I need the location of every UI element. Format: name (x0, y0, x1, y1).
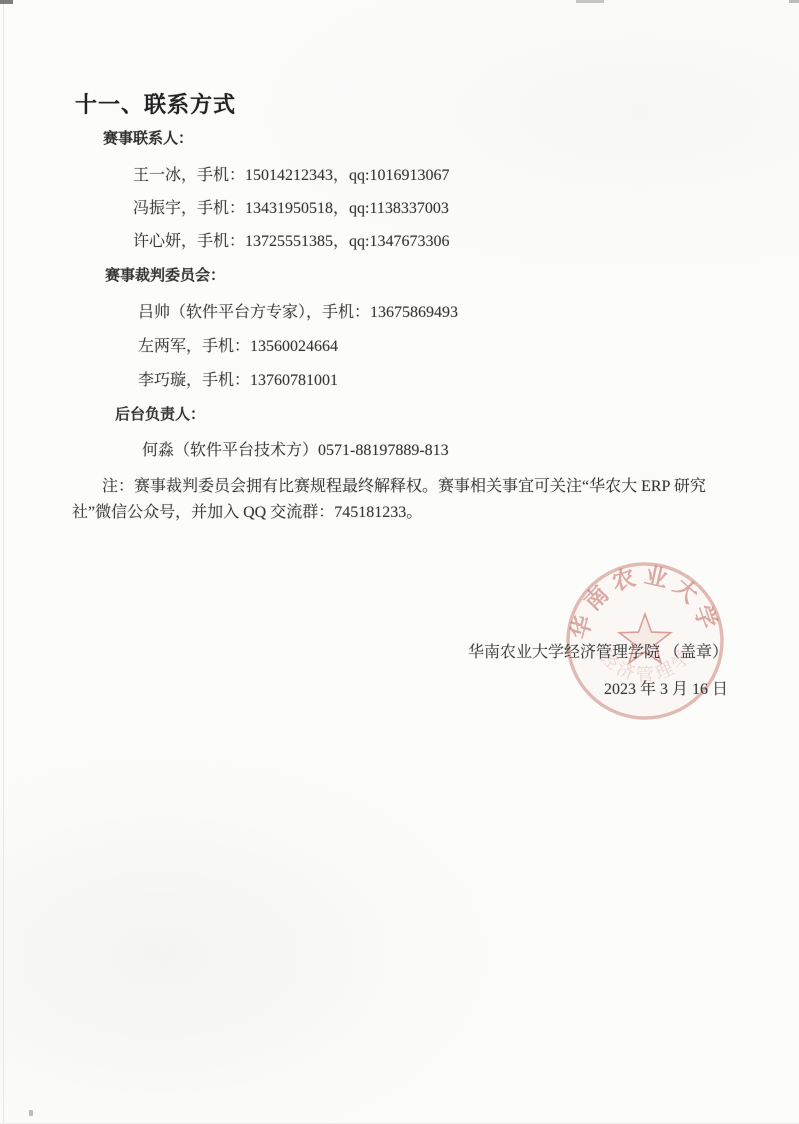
backend-line: 何淼（软件平台技术方）0571-88197889-813 (142, 441, 449, 461)
contact-line: 冯振宇，手机：13431950518，qq:1138337003 (133, 199, 449, 219)
contact-line: 王一冰，手机：15014212343，qq:1016913067 (133, 166, 449, 186)
note-line: 注：赛事裁判委员会拥有比赛规程最终解释权。赛事相关事宜可关注“华农大 ERP 研… (102, 477, 706, 497)
contacts-label: 赛事联系人： (103, 129, 193, 149)
section-heading: 十一、联系方式 (75, 88, 236, 119)
note-line: 社”微信公众号，并加入 QQ 交流群：745181233。 (72, 503, 422, 523)
signature-org: 华南农业大学经济管理学院 （盖章） (468, 639, 728, 662)
referee-line: 左两军，手机：13560024664 (138, 337, 338, 357)
svg-text:华南农业大学: 华南农业大学 (567, 563, 724, 642)
referee-line: 吕帅（软件平台方专家），手机：13675869493 (138, 303, 458, 323)
signature-date: 2023 年 3 月 16 日 (604, 676, 728, 699)
scan-edge-line (3, 0, 4, 1124)
scan-artifact (576, 0, 604, 3)
referee-label: 赛事裁判委员会： (105, 266, 225, 286)
scan-artifact (789, 0, 799, 3)
scan-artifact (0, 0, 13, 4)
contact-line: 许心妍，手机：13725551385，qq:1347673306 (133, 232, 449, 252)
seal-arc-text-bottom: 经济管理学院 (545, 541, 697, 685)
svg-text:经济管理学院: 经济管理学院 (545, 541, 697, 685)
scan-artifact (29, 1110, 33, 1116)
referee-line: 李巧璇，手机：13760781001 (138, 371, 338, 391)
scanned-document-page: 十一、联系方式 赛事联系人： 王一冰，手机：15014212343，qq:101… (0, 0, 799, 1124)
seal-arc-text-top: 华南农业大学 (567, 563, 724, 642)
backend-label: 后台负责人： (115, 405, 205, 425)
